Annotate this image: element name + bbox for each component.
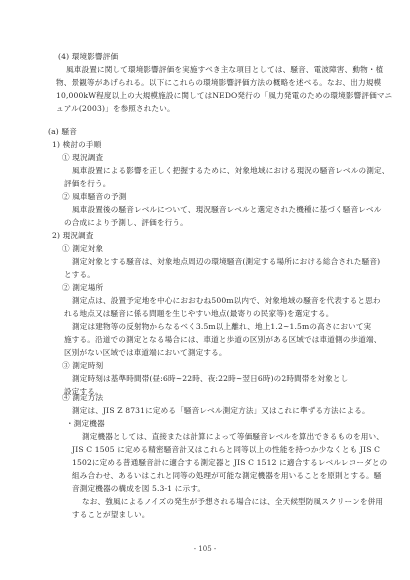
paragraph-line: 測定点は、設置予定地を中心におおむね500m以内で、対象地域の騒音を代表すると思… — [72, 296, 381, 306]
paragraph-line: の合成により予測し、評価を行う。 — [64, 218, 188, 228]
paragraph-line: 1502に定める普通騒音計に適合する測定器と JIS C 1512 に適合するレ… — [72, 458, 387, 468]
paragraph-line: JIS C 1505 に定める精密騒音計又はこれらと同等以上の性能を持つか少なく… — [72, 445, 380, 455]
paragraph-line: 風車設置による影響を正しく把握するために、対象地域における現況の騒音レベルの測定… — [72, 166, 390, 176]
intro-line: 10,000kW程度以上の大規模施設に関してはNEDO発行の「風力発電のための環… — [56, 91, 392, 101]
paragraph-line: 測定機器としては、直接または計算によって等価騒音レベルを算出できるものを用い、 — [82, 432, 384, 442]
item-heading: ③ 測定時刻 — [62, 361, 103, 371]
paragraph-line: することが望ましい。 — [72, 510, 149, 520]
paragraph-line: れる地点又は騒音に係る問題を生じやすい地点(最寄りの民家等)を選定する。 — [64, 309, 334, 319]
paragraph-line: 測定時刻は基準時間帯(昼:6時~22時、夜:22時~翌日6時)の2時間帯を対象と… — [72, 374, 348, 384]
procedure-heading: 1) 検討の手順 — [52, 140, 101, 150]
paragraph-line: 組み合わせ、あるいはこれと同等の処理が可能な測定機器を用いることを原則とする。騒 — [72, 471, 382, 481]
item-heading: ④ 測定方法 — [62, 393, 103, 403]
page-number: - 105 - — [0, 545, 410, 553]
survey-heading: 2) 現況調査 — [52, 231, 94, 241]
paragraph-line: 測定は、JIS Z 8731に定める「騒音レベル測定方法」又はこれに準ずる方法に… — [72, 406, 370, 416]
item-heading: ② 風車騒音の予測 — [62, 192, 127, 202]
item-heading: ① 現況調査 — [62, 153, 103, 163]
intro-line: ュアル(2003)」を参照されたい。 — [56, 104, 175, 114]
item-heading: ① 測定対象 — [62, 244, 103, 254]
sub-item-heading: ・測定機器 — [66, 419, 105, 429]
paragraph-line: 評価を行う。 — [64, 179, 110, 189]
paragraph-line: 測定は建物等の反射物からなるべく3.5m以上離れ、地上1.2~1.5mの高さにお… — [72, 322, 371, 332]
paragraph-line: 区別がない区域では車道端において測定する。 — [64, 348, 227, 358]
item-heading: ② 測定場所 — [62, 283, 103, 293]
paragraph-line: 測定対象とする騒音は、対象地点周辺の環境騒音(測定する場所における総合された騒音… — [72, 257, 380, 267]
paragraph-line: 風車設置後の騒音レベルについて、現況騒音レベルと選定された機種に基づく騒音レベル — [72, 205, 381, 215]
paragraph-line: 音測定機器の構成を図 5.3-1 に示す。 — [72, 484, 205, 494]
intro-line: 物、景観等があげられる。以下にこれらの環境影響評価方法の概略を述べる。なお、出力… — [56, 78, 381, 88]
paragraph-line: とする。 — [64, 270, 95, 280]
subsection-heading: (a) 騒音 — [48, 127, 77, 137]
paragraph-line: なお、強風によるノイズの発生が予想される場合には、全天候型防風スクリーンを併用 — [82, 497, 383, 507]
intro-line: 風車設置に関して環境影響評価を実施すべき主な項目としては、騒音、電波障害、動物・… — [66, 65, 383, 75]
paragraph-line: 施する。沿道での測定となる場合には、車道と歩道の区別がある区域では車道側の歩道端… — [64, 335, 382, 345]
section-heading: (4) 環境影響評価 — [58, 52, 118, 62]
